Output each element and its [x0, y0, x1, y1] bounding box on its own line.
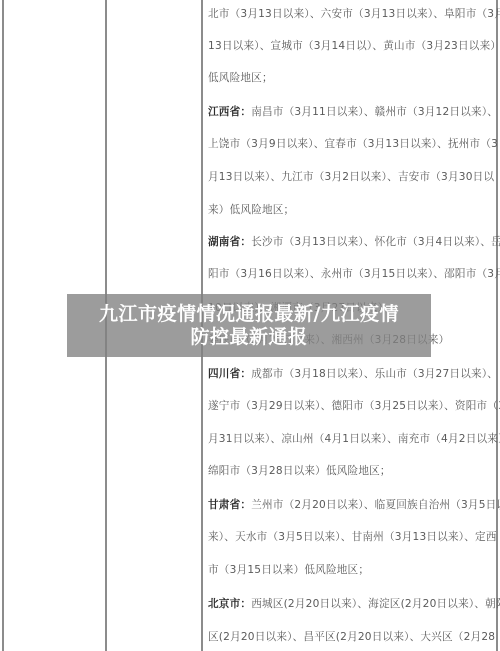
- document-line: 低风险地区；: [208, 70, 273, 86]
- document-line: 湖南省：长沙市（3月13日以来）、怀化市（3月4日以来）、岳: [208, 234, 500, 250]
- province-label: 江西省：: [208, 106, 251, 118]
- document-line: 月31日以来）、凉山州（4月1日以来）、南充市（4月2日以来）、: [208, 431, 500, 447]
- line-text: 西城区(2月20日以来）、海淀区(2月20日以来）、朝阳: [251, 598, 500, 610]
- document-line: 来）、天水市（3月5日以来）、甘南州（3月13日以来）、定西: [208, 529, 497, 545]
- line-text: 13日以来）、宣城市（3月14日以）、黄山市（3月23日以来）: [208, 40, 500, 52]
- line-text: 长沙市（3月13日以来）、怀化市（3月4日以来）、岳: [251, 236, 500, 248]
- line-text: 绵阳市（3月28日以来）低风险地区；: [208, 465, 391, 477]
- document-line: 北京市：西城区(2月20日以来）、海淀区(2月20日以来）、朝阳: [208, 596, 500, 612]
- province-label: 北京市：: [208, 598, 251, 610]
- banner-title-line-1: 九江市疫情情况通报最新/九江疫情: [99, 303, 399, 326]
- line-text: 上饶市（3月9日以来）、宜春市（3月13日以来）、抚州市（3: [208, 138, 498, 150]
- province-label: 湖南省：: [208, 236, 251, 248]
- line-text: 阳市（3月16日以来）、永州市（3月15日以来）、邵阳市（3月: [208, 268, 500, 280]
- line-text: 月31日以来）、凉山州（4月1日以来）、南充市（4月2日以来）、: [208, 433, 500, 445]
- line-text: 南昌市（3月11日以来）、赣州市（3月12日以来）、: [251, 106, 498, 118]
- document-line: 甘肃省：兰州市（2月20日以来）、临夏回族自治州（3月5日以: [208, 497, 500, 513]
- document-line: 遂宁市（3月29日以来）、德阳市（3月25日以来）、资阳市（3: [208, 398, 500, 414]
- document-line: 13日以来）、宣城市（3月14日以）、黄山市（3月23日以来）: [208, 38, 500, 54]
- province-label: 四川省：: [208, 368, 251, 380]
- document-line: 四川省：成都市（3月18日以来）、乐山市（3月27日以来）、: [208, 366, 498, 382]
- line-text: 月13日以来）、九江市（3月2日以来）、吉安市（3月30日以: [208, 171, 494, 183]
- document-line: 来）低风险地区；: [208, 202, 294, 218]
- table-border-left: [2, 0, 4, 651]
- document-line: 区(2月20日以来）、昌平区(2月20日以来）、大兴区（2月28: [208, 629, 495, 645]
- line-text: 低风险地区；: [208, 72, 273, 84]
- line-text: 兰州市（2月20日以来）、临夏回族自治州（3月5日以: [251, 499, 500, 511]
- line-text: 市（3月15日以来）低风险地区；: [208, 564, 369, 576]
- banner-title-line-2: 防控最新通报: [190, 326, 307, 349]
- title-banner[interactable]: 九江市疫情情况通报最新/九江疫情 防控最新通报: [67, 294, 431, 357]
- line-text: 区(2月20日以来）、昌平区(2月20日以来）、大兴区（2月28: [208, 631, 495, 643]
- document-line: 市（3月15日以来）低风险地区；: [208, 562, 369, 578]
- document-line: 北市（3月13日以来）、六安市（3月13日以来）、阜阳市（3月: [208, 6, 500, 22]
- document-line: 江西省：南昌市（3月11日以来）、赣州市（3月12日以来）、: [208, 104, 498, 120]
- province-label: 甘肃省：: [208, 499, 251, 511]
- line-text: 来）、天水市（3月5日以来）、甘南州（3月13日以来）、定西: [208, 531, 497, 543]
- line-text: 北市（3月13日以来）、六安市（3月13日以来）、阜阳市（3月: [208, 8, 500, 20]
- line-text: 遂宁市（3月29日以来）、德阳市（3月25日以来）、资阳市（3: [208, 400, 500, 412]
- document-line: 绵阳市（3月28日以来）低风险地区；: [208, 463, 391, 479]
- line-text: 成都市（3月18日以来）、乐山市（3月27日以来）、: [251, 368, 498, 380]
- document-line: 上饶市（3月9日以来）、宜春市（3月13日以来）、抚州市（3: [208, 136, 498, 152]
- document-line: 月13日以来）、九江市（3月2日以来）、吉安市（3月30日以: [208, 169, 494, 185]
- line-text: 来）低风险地区；: [208, 204, 294, 216]
- document-line: 阳市（3月16日以来）、永州市（3月15日以来）、邵阳市（3月: [208, 266, 500, 282]
- table-border-right: [496, 0, 498, 651]
